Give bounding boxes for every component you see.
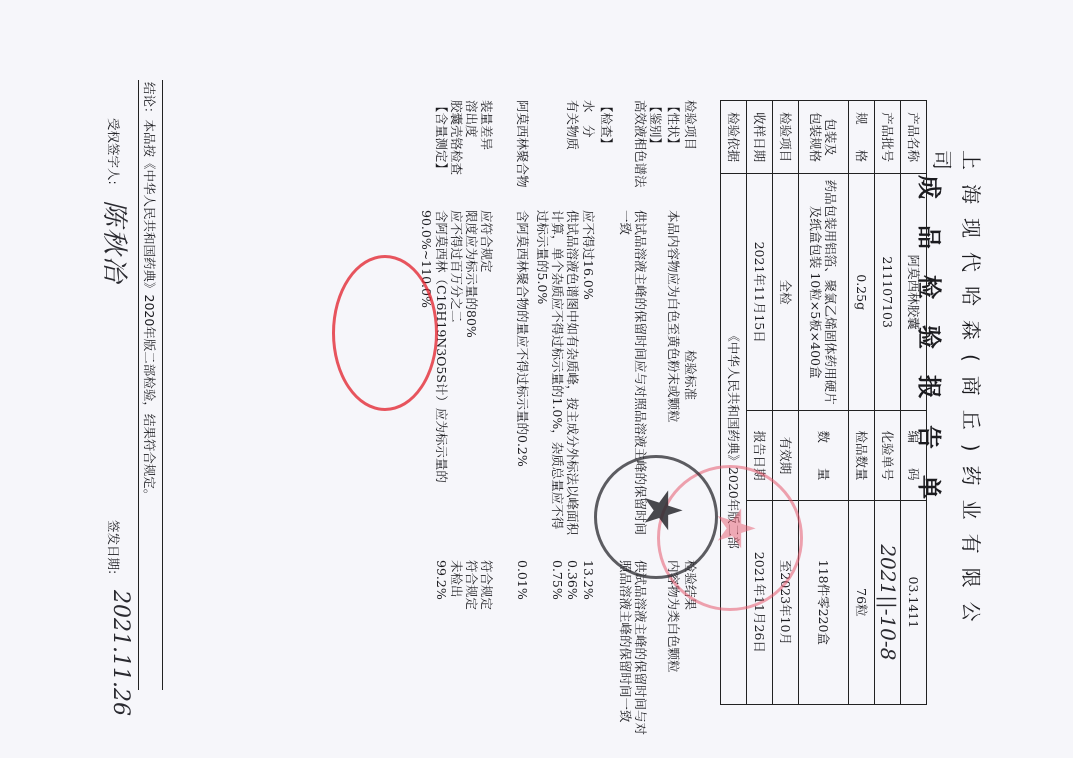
star-icon: ★ — [636, 487, 688, 534]
issue-date-label: 签发日期: — [105, 520, 123, 574]
field-value: 全检 — [773, 174, 799, 411]
field-value: 2021||-10-8 — [875, 500, 901, 704]
red-stamp-quality — [332, 255, 438, 411]
signatory-signature: 陈秋冶 — [98, 200, 135, 284]
field-value: 0.25g — [849, 174, 875, 411]
signatory-label: 受权签字人: — [105, 118, 123, 185]
field-label: 规 格 — [849, 101, 875, 174]
inspection-row: 水 分应不得过16.0%13.2% — [580, 100, 596, 720]
info-row: 产品名称阿莫西林胶囊编 码03.1411 — [901, 101, 927, 705]
inspection-row: 有关物质供试品溶液色谱图中如有杂质峰，按主成分外标法以峰面积计算，单个杂质应不得… — [530, 100, 580, 720]
item-result: 未检出 — [449, 560, 464, 740]
header-item: 检验项目 — [683, 100, 698, 200]
info-row: 检验项目全检有效期至2023年10月 — [773, 101, 799, 705]
inspection-report-page: 上海现代哈森(商丘)药业有限公司 成品检验报告单 产品名称阿莫西林胶囊编 码03… — [0, 0, 1073, 758]
item-standard: 应不得过百万分之二 — [449, 210, 464, 540]
item-name: 高效液相色谱法 — [633, 100, 648, 200]
item-result: 13.2% — [581, 560, 596, 740]
conclusion: 结论：本品按《中华人民共和国药典》2020年版二部检验，结果符合规定。 — [141, 82, 159, 501]
info-row: 产品批号211107103化验单号2021||-10-8 — [875, 101, 901, 705]
inspection-items: 检验项目 检验标准 检验结果 【性状】本品内容物应为白色至黄色粉末或颗粒内容物为… — [417, 100, 698, 720]
item-result: 符合规定 — [464, 560, 479, 740]
item-name: 【性状】 — [666, 100, 681, 200]
info-row: 规 格0.25g检品数量76粒 — [849, 101, 875, 705]
field-label: 产品批号 — [875, 101, 901, 174]
inspection-row: 【鉴别】 — [648, 100, 663, 720]
item-result: 99.2% — [434, 560, 449, 740]
item-name: 【鉴别】 — [648, 100, 663, 200]
issue-date: 2021.11.26 — [108, 590, 133, 716]
info-row: 检验依据《中华人民共和国药典》2020年版二部 — [721, 101, 747, 705]
inspection-row: 阿莫西林聚合物含阿莫西林聚合物的量应不得过标示量的0.2%0.01% — [494, 100, 530, 720]
field-value: 药品包装用铝箔、聚氯乙烯固体药用硬片及纸盒包装 10粒×5板×400盒 — [799, 174, 849, 411]
field-value: 2021年11月15日 — [747, 174, 773, 411]
item-result: 0.01% — [515, 560, 530, 740]
field-label: 编 码 — [901, 411, 927, 501]
product-info-table: 产品名称阿莫西林胶囊编 码03.1411产品批号211107103化验单号202… — [720, 100, 927, 705]
item-name: 阿莫西林聚合物 — [515, 100, 530, 200]
item-name: 水 分 — [581, 100, 596, 200]
inspection-row: 溶出度限度应为标示量的80%符合规定 — [464, 100, 479, 720]
item-name: 装量差异 — [479, 100, 494, 200]
item-name: 有关物质 — [565, 100, 580, 200]
field-label: 检验项目 — [773, 101, 799, 174]
info-row: 收样日期2021年11月15日报告日期2021年11月26日 — [747, 101, 773, 705]
field-label: 收样日期 — [747, 101, 773, 174]
inspection-row: 【检查】 — [596, 100, 614, 720]
field-value: 76粒 — [849, 500, 875, 704]
inspection-row: 胶囊壳铬检查应不得过百万分之二未检出 — [449, 100, 464, 720]
info-row: 包装及 包装规格药品包装用铝箔、聚氯乙烯固体药用硬片及纸盒包装 10粒×5板×4… — [799, 101, 849, 705]
field-label: 化验单号 — [875, 411, 901, 501]
field-label: 包装及 包装规格 — [799, 101, 849, 174]
inspection-row: 【含量测定】含阿莫西林（C16H19N3O5S计）应为标示量的90.0%~110… — [417, 100, 449, 720]
item-standard: 供试品溶液色谱图中如有杂质峰，按主成分外标法以峰面积计算，单个杂质应不得过标示量… — [535, 210, 580, 540]
item-standard: 应不得过16.0% — [581, 210, 596, 540]
field-value: 阿莫西林胶囊 — [901, 174, 927, 411]
field-label: 检验依据 — [721, 101, 747, 174]
divider — [138, 80, 139, 690]
items-header: 检验项目 检验标准 检验结果 — [683, 100, 698, 720]
inspection-row: 高效液相色谱法供试品溶液主峰的保留时间应与对照品溶液主峰的保留时间一致供试品溶液… — [614, 100, 648, 720]
item-result: 0.36% 0.75% — [550, 560, 580, 740]
field-label: 检品数量 — [849, 411, 875, 501]
item-result: 符合规定 — [479, 560, 494, 740]
item-name: 【检查】 — [599, 100, 614, 200]
field-value: 211107103 — [875, 174, 901, 411]
item-standard: 应符合规定 — [479, 210, 494, 540]
divider — [162, 80, 163, 690]
inspection-row: 【性状】本品内容物应为白色至黄色粉末或颗粒内容物为类白色颗粒 — [663, 100, 681, 720]
item-name: 胶囊壳铬检查 — [449, 100, 464, 200]
field-label: 数 量 — [799, 411, 849, 501]
item-name: 溶出度 — [464, 100, 479, 200]
field-value: 《中华人民共和国药典》2020年版二部 — [721, 174, 747, 705]
item-standard: 限度应为标示量的80% — [464, 210, 479, 540]
field-value: 03.1411 — [901, 500, 927, 704]
item-name: 【含量测定】 — [434, 100, 449, 200]
item-result: 供试品溶液主峰的保留时间与对照品溶液主峰的保留时间一致 — [618, 560, 648, 740]
inspection-row: 装量差异应符合规定符合规定 — [479, 100, 494, 720]
item-standard: 含阿莫西林聚合物的量应不得过标示量的0.2% — [515, 210, 530, 540]
field-label: 产品名称 — [901, 101, 927, 174]
field-value: 118件零220盒 — [799, 500, 849, 704]
